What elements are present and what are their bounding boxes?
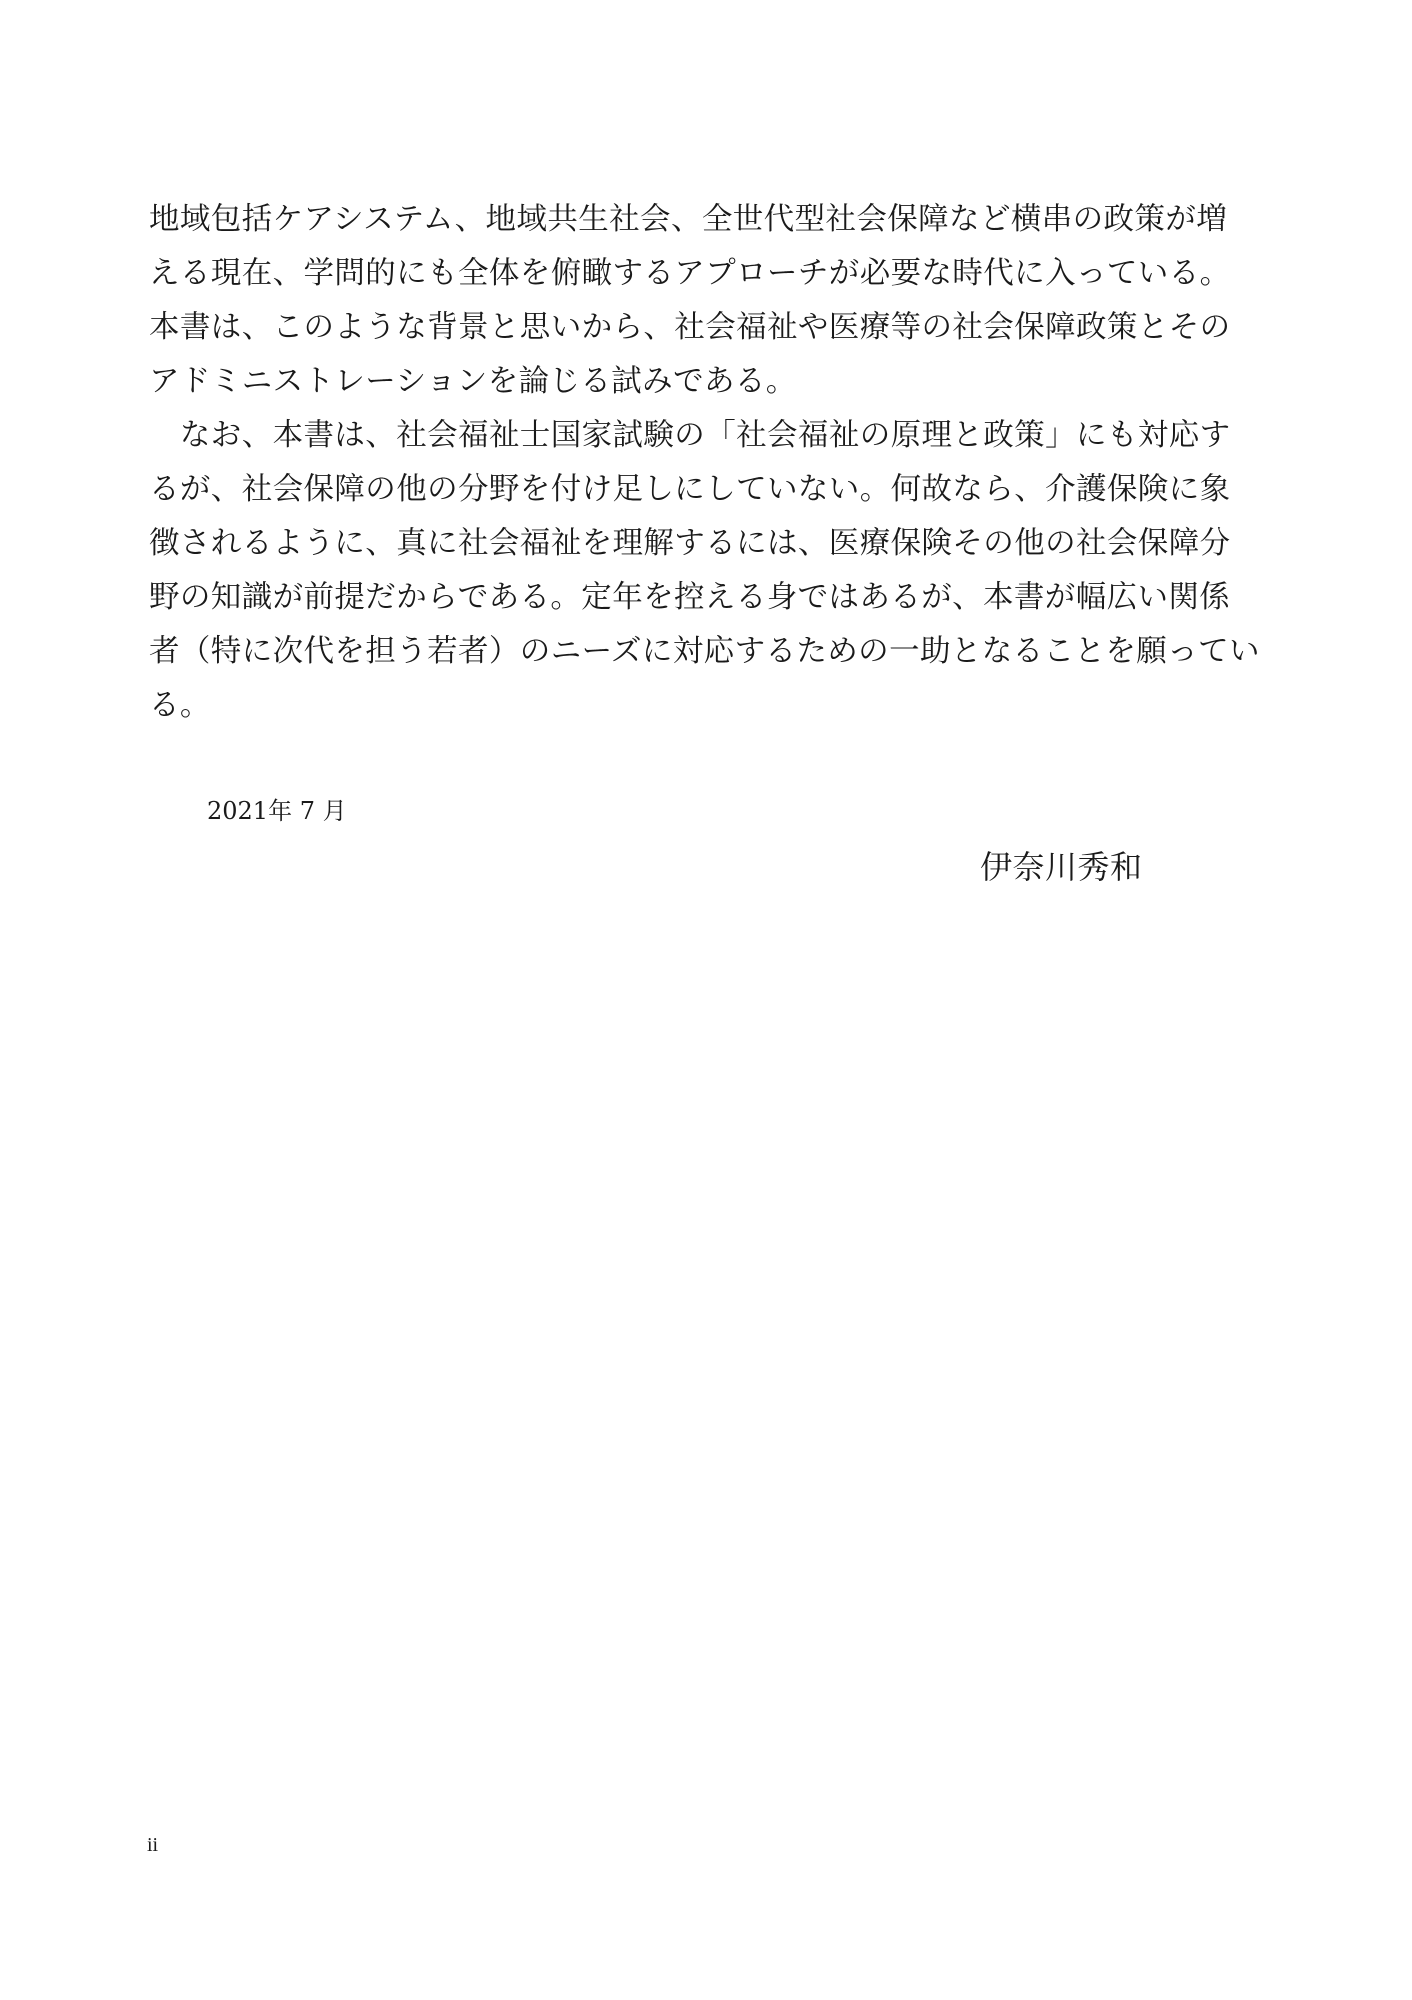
page-number: ii xyxy=(147,1832,158,1858)
text-line: 野の知識が前提だからである。定年を控える身ではあるが、本書が幅広い関係 xyxy=(149,571,1211,625)
document-page: 地域包括ケアシステム、地域共生社会、全世代型社会保障など横串の政策が増 える現在… xyxy=(0,0,1412,2000)
text-line: アドミニストレーションを論じる試みである。 xyxy=(149,355,1211,409)
text-line: 者（特に次代を担う若者）のニーズに対応するための一助となることを願ってい xyxy=(149,625,1211,679)
author-signature: 伊奈川秀和 xyxy=(980,846,1143,888)
text-line: 地域包括ケアシステム、地域共生社会、全世代型社会保障など横串の政策が増 xyxy=(149,193,1211,247)
text-line: 徴されるように、真に社会福祉を理解するには、医療保険その他の社会保障分 xyxy=(149,517,1211,571)
text-line: なお、本書は、社会福祉士国家試験の「社会福祉の原理と政策」にも対応す xyxy=(149,409,1211,463)
text-line: 本書は、このような背景と思いから、社会福祉や医療等の社会保障政策とその xyxy=(149,301,1211,355)
text-line: える現在、学問的にも全体を俯瞰するアプローチが必要な時代に入っている。 xyxy=(149,247,1211,301)
date: 2021年 7 月 xyxy=(207,794,347,828)
body-text: 地域包括ケアシステム、地域共生社会、全世代型社会保障など横串の政策が増 える現在… xyxy=(149,193,1211,733)
text-line: るが、社会保障の他の分野を付け足しにしていない。何故なら、介護保険に象 xyxy=(149,463,1211,517)
text-line: る。 xyxy=(149,679,1211,733)
